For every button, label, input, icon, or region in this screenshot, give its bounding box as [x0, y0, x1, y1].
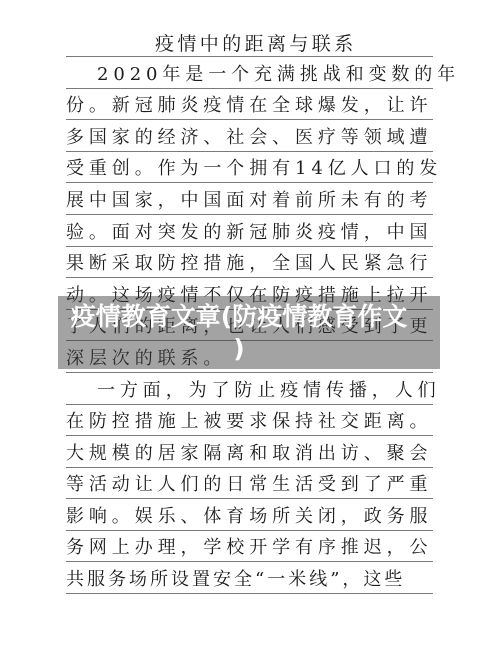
article-title-line[interactable]: ) — [68, 333, 410, 365]
essay-line-text: 份。新冠肺炎疫情在全球爆发，让许 — [66, 96, 432, 116]
article-title-overlay[interactable]: 疫情教育文章(防疫情教育作文 ) — [58, 296, 440, 369]
article-title-line[interactable]: 疫情教育文章(防疫情教育作文 — [68, 301, 410, 333]
essay-line-text: 等活动让人们的日常生活受到了严重 — [66, 475, 432, 495]
essay-line-text: 务网上办理，学校开学有序推迟，公 — [66, 538, 432, 558]
essay-line: 2020年是一个充满挑战和变数的年 — [66, 57, 433, 89]
essay-line-text: 多国家的经济、社会、医疗等领域遭 — [66, 128, 432, 148]
essay-line-text: 共服务场所设置安全“一米线”，这些 — [66, 570, 405, 590]
essay-line: 大规模的居家隔离和取消出访、聚会 — [66, 436, 433, 468]
essay-line-text: 影响。娱乐、体育场所关闭，政务服 — [66, 507, 432, 527]
essay-line-text: 大规模的居家隔离和取消出访、聚会 — [66, 444, 432, 464]
essay-line: 在防控措施上被要求保持社交距离。 — [66, 405, 433, 437]
essay-line: 果断采取防控措施，全国人民紧急行 — [66, 247, 433, 279]
essay-title-row: 疫情中的距离与联系 — [66, 25, 433, 57]
essay-line: 多国家的经济、社会、医疗等领域遭 — [66, 120, 433, 152]
essay-line-text: 果断采取防控措施，全国人民紧急行 — [66, 254, 432, 274]
essay-line: 验。面对突发的新冠肺炎疫情，中国 — [66, 215, 433, 247]
essay-line-text: 受重创。作为一个拥有14亿人口的发 — [66, 159, 442, 179]
essay-line: 共服务场所设置安全“一米线”，这些 — [66, 562, 433, 594]
essay-line: 受重创。作为一个拥有14亿人口的发 — [66, 152, 433, 184]
essay-line-text: 验。面对突发的新冠肺炎疫情，中国 — [66, 223, 432, 243]
essay-line-text: 一方面，为了防止疫情传播，人们 — [97, 381, 441, 401]
essay-line: 等活动让人们的日常生活受到了严重 — [66, 468, 433, 500]
essay-line: 展中国家，中国面对着前所未有的考 — [66, 183, 433, 215]
essay-title: 疫情中的距离与联系 — [155, 34, 357, 54]
article-thumbnail[interactable]: 疫情中的距离与联系 2020年是一个充满挑战和变数的年 份。新冠肺炎疫情在全球爆… — [0, 0, 500, 666]
essay-line-text: 2020年是一个充满挑战和变数的年 — [97, 65, 460, 85]
essay-line: 份。新冠肺炎疫情在全球爆发，让许 — [66, 89, 433, 121]
essay-line: 务网上办理，学校开学有序推迟，公 — [66, 531, 433, 563]
essay-line: 一方面，为了防止疫情传播，人们 — [66, 373, 433, 405]
essay-line: 影响。娱乐、体育场所关闭，政务服 — [66, 499, 433, 531]
essay-line-text: 展中国家，中国面对着前所未有的考 — [66, 191, 432, 211]
essay-line-text: 在防控措施上被要求保持社交距离。 — [66, 412, 432, 432]
